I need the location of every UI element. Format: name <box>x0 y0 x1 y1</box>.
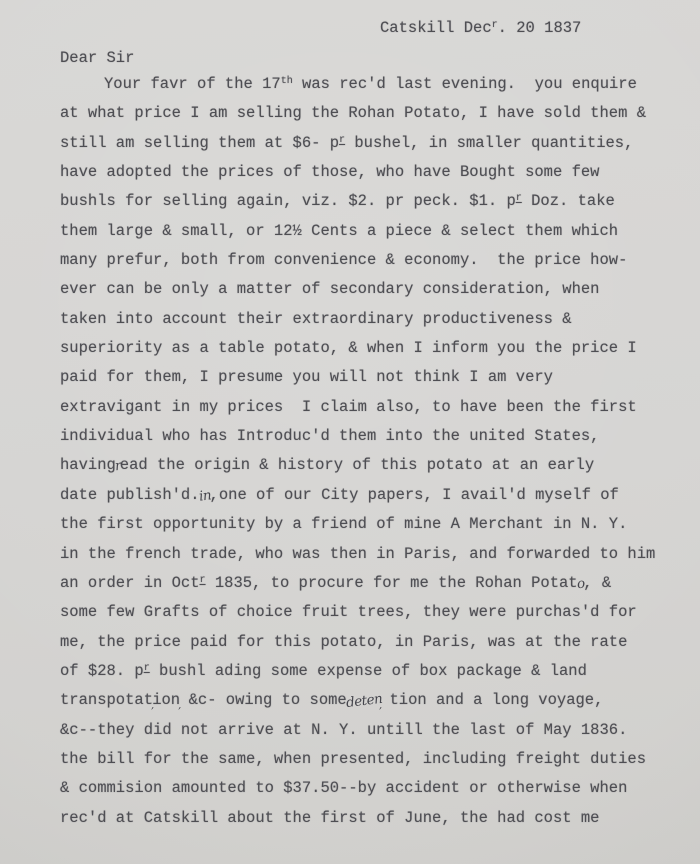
letter-body: Your favr of the 17th was rec'd last eve… <box>60 70 684 833</box>
text-run: bushl ading some expense of box package … <box>150 662 587 680</box>
text-run: transpotat <box>60 691 153 709</box>
text-run: ,one of our City papers, I avail'd mysel… <box>210 486 619 504</box>
text-run: extravigant in my prices I claim also, t… <box>60 398 637 416</box>
text-run: . 20 1837 <box>498 19 582 37</box>
text-run: having <box>60 456 116 474</box>
letter-line: transpotat,ion, &c- owing to somedeten, … <box>60 686 684 715</box>
letter-dateline: Catskill Decr. 20 1837 <box>380 17 581 42</box>
text-run: individual who has Introduc'd them into … <box>60 427 600 445</box>
letter-line: havingread the origin & history of this … <box>60 451 684 480</box>
letter-line: extravigant in my prices I claim also, t… <box>60 393 684 422</box>
text-run: Doz. take <box>522 192 615 210</box>
letter-line: rec'd at Catskill about the first of Jun… <box>60 804 684 833</box>
letter-sheet: Catskill Decr. 20 1837 Dear Sir Your fav… <box>0 0 700 864</box>
handwritten-insert: , <box>151 700 154 711</box>
text-run: at what price I am selling the Rohan Pot… <box>60 104 646 122</box>
letter-line: still am selling them at $6- pr bushel, … <box>60 129 684 158</box>
text-run: superiority as a table potato, & when I … <box>60 339 637 357</box>
letter-line: &c--they did not arrive at N. Y. untill … <box>60 716 684 745</box>
superscript: r <box>492 20 498 31</box>
text-run: taken into account their extraordinary p… <box>60 310 572 328</box>
text-run: still am selling them at $6- p <box>60 134 339 152</box>
text-run: ever can be only a matter of secondary c… <box>60 280 600 298</box>
letter-line: paid for them, I presume you will not th… <box>60 363 684 392</box>
handwritten-insert: , <box>178 700 181 711</box>
letter-line: bushls for selling again, viz. $2. pr pe… <box>60 187 684 216</box>
letter-line: the first opportunity by a friend of min… <box>60 510 684 539</box>
text-run: the first opportunity by a friend of min… <box>60 515 627 533</box>
letter-line: them large & small, or 12½ Cents a piece… <box>60 217 684 246</box>
text-run: them large & small, or 12½ Cents a piece… <box>60 222 618 240</box>
text-run: & commision amounted to $37.50--by accid… <box>60 779 627 797</box>
text-run: of $28. p <box>60 662 144 680</box>
handwritten-insert: , <box>379 700 382 711</box>
letter-line: at what price I am selling the Rohan Pot… <box>60 99 684 128</box>
text-run: Your favr of the 17 <box>104 75 281 93</box>
text-run: have adopted the prices of those, who ha… <box>60 163 600 181</box>
text-run: &c--they did not arrive at N. Y. untill … <box>60 721 627 739</box>
letter-line: taken into account their extraordinary p… <box>60 305 684 334</box>
text-run: 1835, to procure for me the Rohan Potat <box>206 574 578 592</box>
letter-salutation: Dear Sir <box>60 47 134 69</box>
text-run: , & <box>583 574 611 592</box>
letter-line: of $28. pr bushl ading some expense of b… <box>60 657 684 686</box>
text-run: paid for them, I presume you will not th… <box>60 368 553 386</box>
letter-line: & commision amounted to $37.50--by accid… <box>60 774 684 803</box>
letter-line: date publish'd.in,one of our City papers… <box>60 481 684 510</box>
text-run: the bill for the same, when presented, i… <box>60 750 646 768</box>
handwritten-insert: deten <box>344 685 384 719</box>
text-run: Catskill Dec <box>380 19 492 37</box>
text-run: in the french trade, who was then in Par… <box>60 545 655 563</box>
superscript: r <box>516 193 522 204</box>
letter-line: the bill for the same, when presented, i… <box>60 745 684 774</box>
letter-line: superiority as a table potato, & when I … <box>60 334 684 363</box>
text-run: tion and a long voyage, <box>380 691 603 709</box>
text-run: many prefur, both from convenience & eco… <box>60 251 627 269</box>
letter-line: have adopted the prices of those, who ha… <box>60 158 684 187</box>
letter-line: me, the price paid for this potato, in P… <box>60 628 684 657</box>
text-run: ion <box>152 691 180 709</box>
text-run: rec'd at Catskill about the first of Jun… <box>60 809 600 827</box>
text-run: ead the origin & history of this potato … <box>120 456 594 474</box>
letter-line: some few Grafts of choice fruit trees, t… <box>60 598 684 627</box>
letter-line: in the french trade, who was then in Par… <box>60 540 684 569</box>
letter-line: many prefur, both from convenience & eco… <box>60 246 684 275</box>
text-run: was rec'd last evening. you enquire <box>293 75 637 93</box>
letter-line: ever can be only a matter of secondary c… <box>60 275 684 304</box>
superscript: r <box>200 575 206 586</box>
text-run: an order in Oct <box>60 574 200 592</box>
text-run: some few Grafts of choice fruit trees, t… <box>60 603 637 621</box>
text-run: &c- owing to some <box>179 691 346 709</box>
text-run: bushel, in smaller quantities, <box>345 134 633 152</box>
letter-line: an order in Octr 1835, to procure for me… <box>60 569 684 598</box>
superscript: th <box>281 76 293 87</box>
letter-line: Your favr of the 17th was rec'd last eve… <box>60 70 684 99</box>
superscript: r <box>144 663 150 674</box>
text-run: bushls for selling again, viz. $2. pr pe… <box>60 192 516 210</box>
text-run: me, the price paid for this potato, in P… <box>60 633 627 651</box>
superscript: r <box>339 135 345 146</box>
text-run: date publish'd. <box>60 486 200 504</box>
letter-line: individual who has Introduc'd them into … <box>60 422 684 451</box>
